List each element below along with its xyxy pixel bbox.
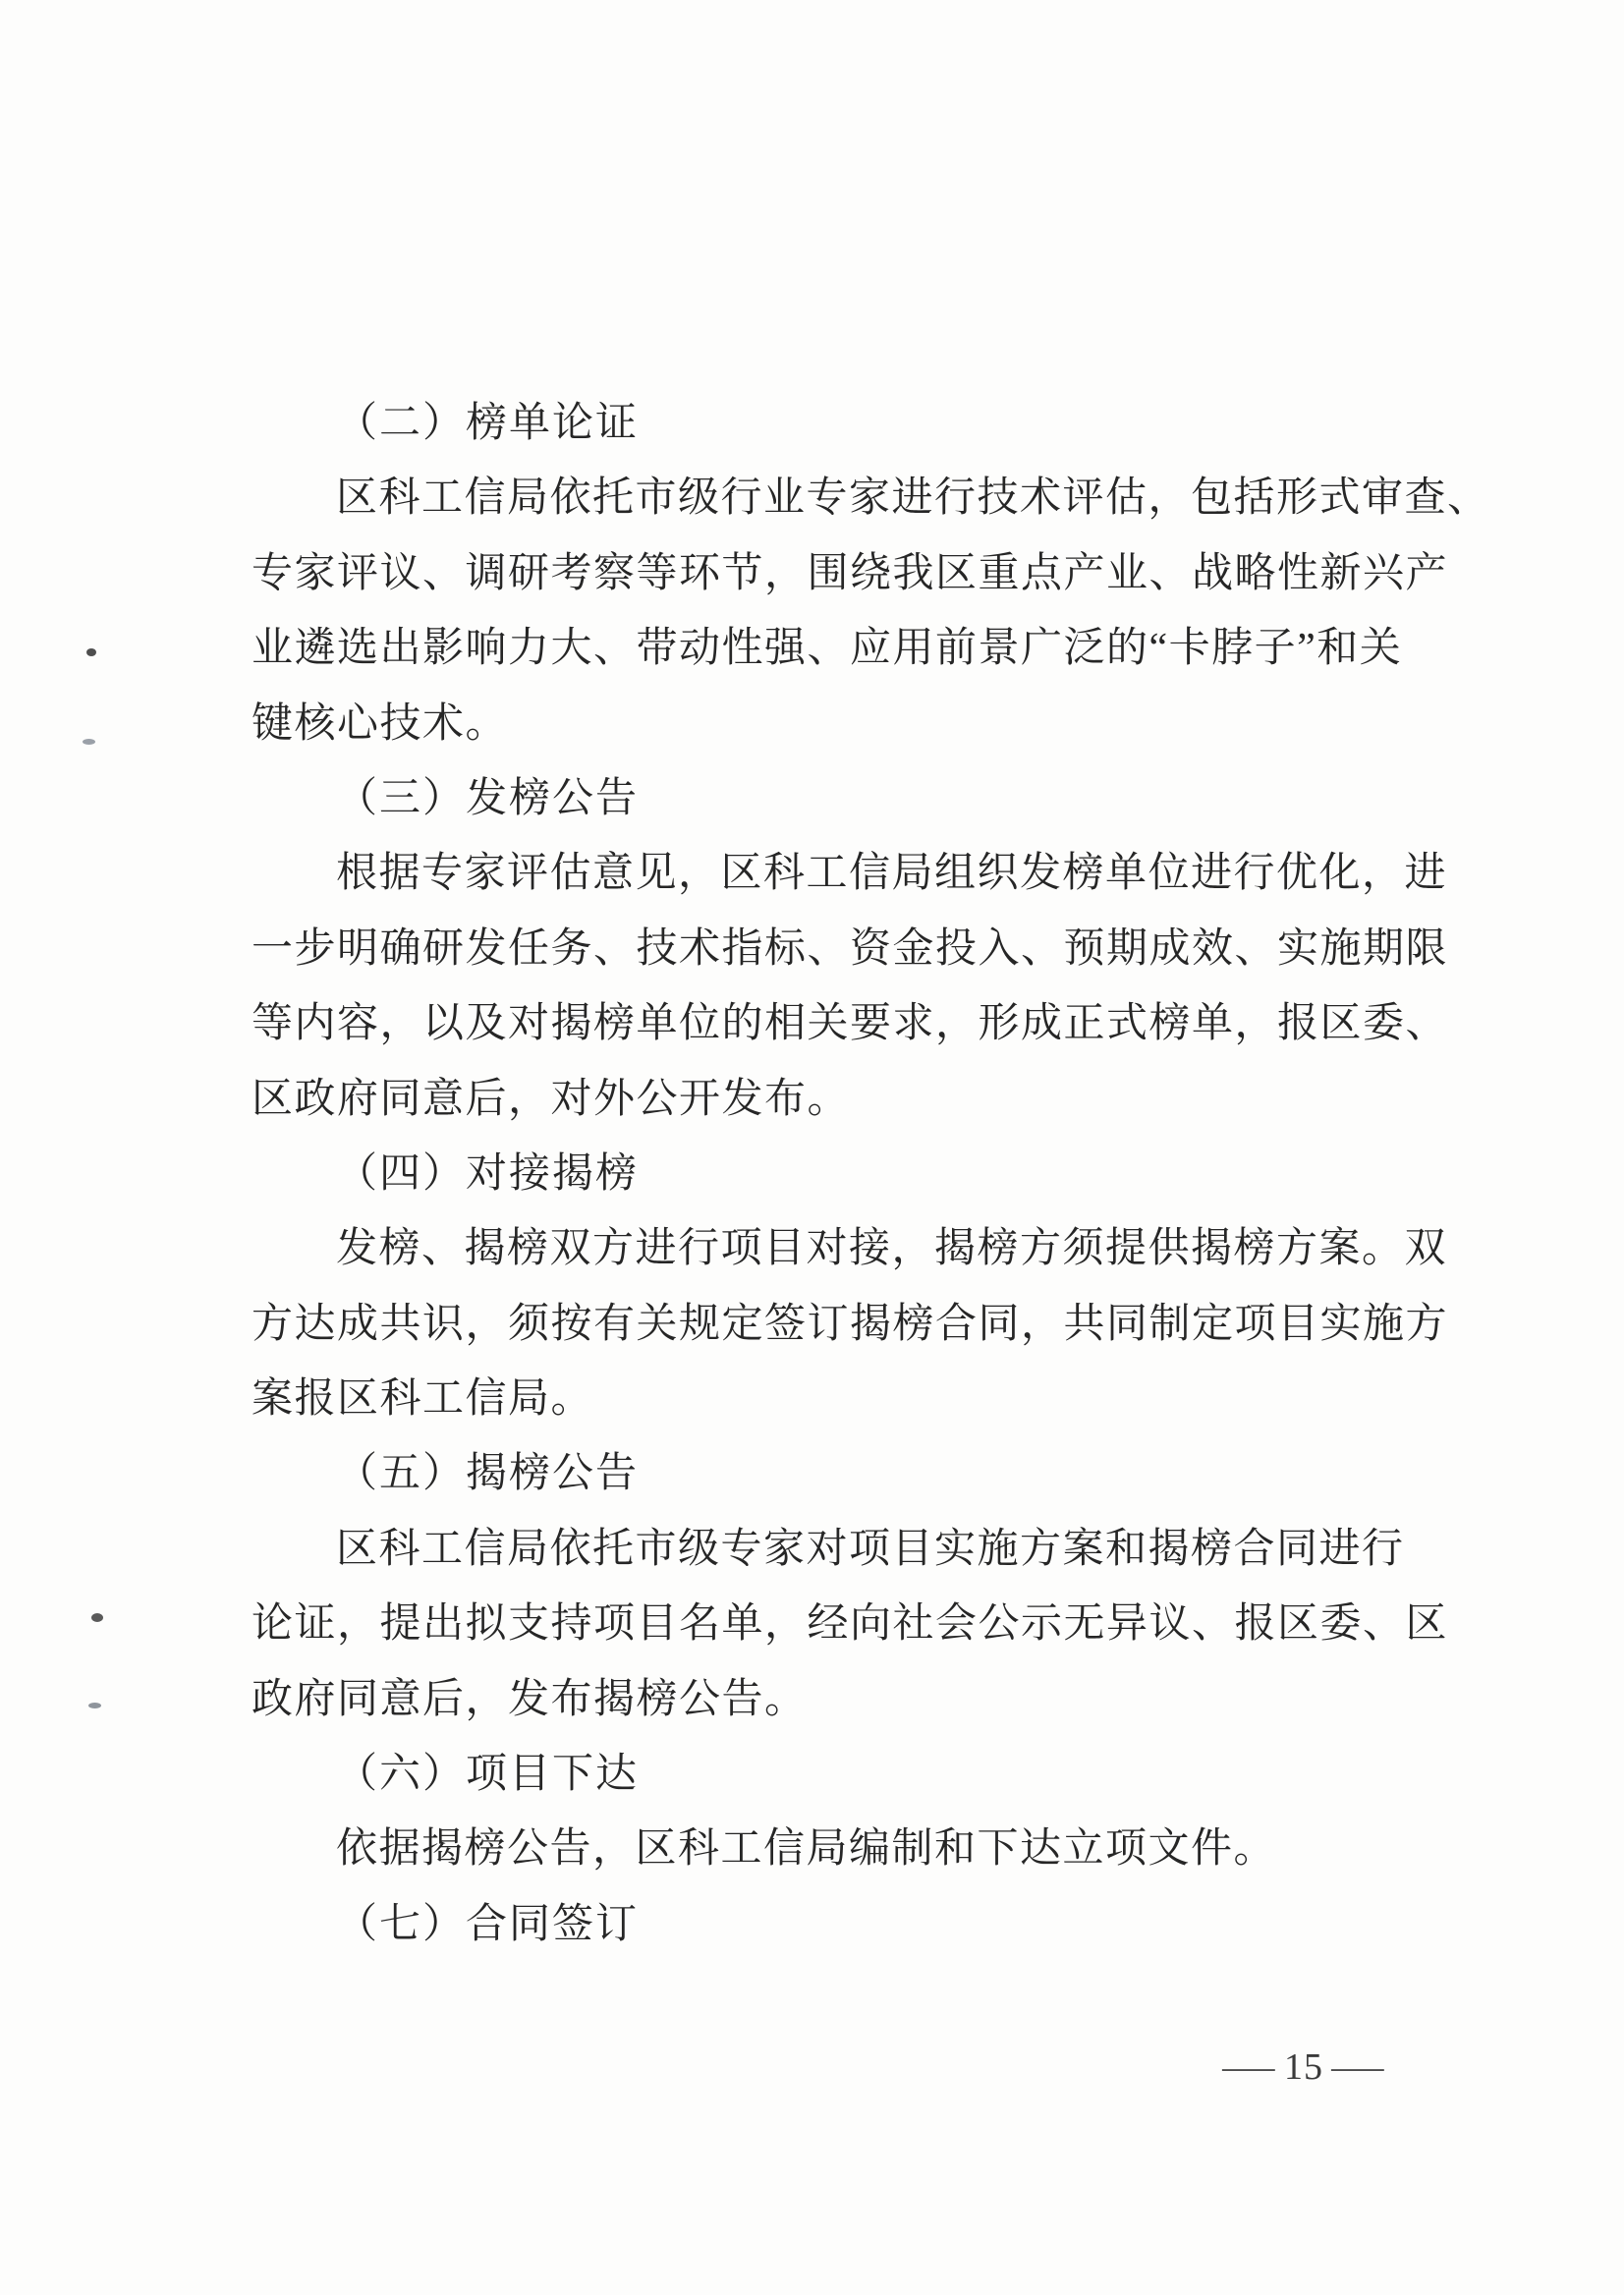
paragraph-line: 政府同意后，发布揭榜公告。 xyxy=(252,1662,1430,1737)
paragraph-line: 论证，提出拟支持项目名单，经向社会公示无异议、报区委、区 xyxy=(252,1587,1430,1661)
paragraph-line: 一步明确研发任务、技术指标、资金投入、预期成效、实施期限 xyxy=(252,912,1430,986)
paragraph-line: 案报区科工信局。 xyxy=(252,1362,1430,1436)
page-number-value: 15 xyxy=(1284,2045,1323,2089)
paragraph-line: 区科工信局依托市级专家对项目实施方案和揭榜合同进行 xyxy=(252,1512,1430,1587)
scan-artifact xyxy=(86,648,96,656)
page-number-right-dash: — xyxy=(1331,2045,1385,2089)
paragraph-line: 依据揭榜公告，区科工信局编制和下达立项文件。 xyxy=(252,1812,1430,1886)
page-number: — 15 — xyxy=(1230,2045,1377,2089)
paragraph-line: 区科工信局依托市级行业专家进行技术评估，包括形式审查、 xyxy=(252,461,1430,535)
scan-artifact xyxy=(83,739,95,745)
scan-artifact xyxy=(88,1703,101,1708)
paragraph-line: 专家评议、调研考察等环节，围绕我区重点产业、战略性新兴产 xyxy=(252,536,1430,611)
section-heading-4: （四）对接揭榜 xyxy=(252,1137,1430,1211)
paragraph-line: 区政府同意后，对外公开发布。 xyxy=(252,1062,1430,1137)
paragraph-line: 根据专家评估意见，区科工信局组织发榜单位进行优化，进 xyxy=(252,836,1430,911)
paragraph-line: 键核心技术。 xyxy=(252,687,1430,761)
section-heading-7: （七）合同签订 xyxy=(252,1887,1430,1962)
paragraph-line: 业遴选出影响力大、带动性强、应用前景广泛的“卡脖子”和关 xyxy=(252,611,1430,686)
scan-artifact xyxy=(91,1613,103,1622)
paragraph-line: 方达成共识，须按有关规定签订揭榜合同，共同制定项目实施方 xyxy=(252,1287,1430,1362)
page-number-left-dash: — xyxy=(1222,2045,1276,2089)
section-heading-5: （五）揭榜公告 xyxy=(252,1436,1430,1511)
section-heading-6: （六）项目下达 xyxy=(252,1737,1430,1812)
document-page: （二）榜单论证 区科工信局依托市级行业专家进行技术评估，包括形式审查、 专家评议… xyxy=(0,0,1624,2295)
paragraph-line: 发榜、揭榜双方进行项目对接，揭榜方须提供揭榜方案。双 xyxy=(252,1211,1430,1286)
document-body: （二）榜单论证 区科工信局依托市级行业专家进行技术评估，包括形式审查、 专家评议… xyxy=(252,386,1430,1962)
paragraph-line: 等内容，以及对揭榜单位的相关要求，形成正式榜单，报区委、 xyxy=(252,986,1430,1061)
section-heading-2: （二）榜单论证 xyxy=(252,386,1430,461)
section-heading-3: （三）发榜公告 xyxy=(252,761,1430,836)
